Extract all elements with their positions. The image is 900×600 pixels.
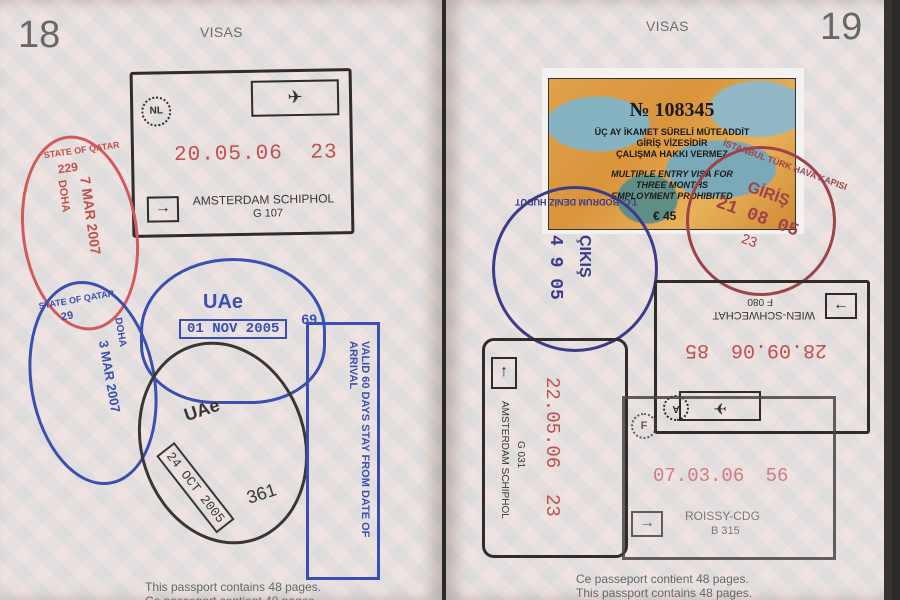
visa-price: € 45 [653,209,676,223]
stamp-city: DOHA [112,317,128,348]
arrow-right-icon: → [147,196,179,223]
uae-validity-stamp: VALID 60 DAYS STAY FROM DATE OF ARRIVAL [306,322,380,580]
stamp-id: 29 [60,310,74,324]
stamp-gate: B 315 [711,525,740,537]
stamp-ring-text: STATE OF QATAR [43,140,120,161]
bodrum-exit-stamp: T.C. BODRUM DENİZ HUDUT ÇIKIŞ 4 9 05 [492,186,658,352]
eu-stars-icon: F [631,413,657,439]
page-edge [884,0,892,600]
eu-stars-icon: NL [141,96,172,127]
page-number: 19 [820,6,862,49]
stamp-date: 20.05.06 [174,142,283,167]
stamp-date: 01 NOV 2005 [179,319,287,339]
stamp-date: 7 MAR 2007 [77,176,104,256]
stamp-label: ÇIKIŞ [575,235,593,278]
page-footer: Ce passeport contient 48 pages. This pas… [576,572,752,600]
stamp-gate: G 107 [253,207,283,220]
stamp-place: ROISSY-CDG [685,509,760,523]
stamp-gate: F 080 [747,296,773,307]
amsterdam-entry-stamp: NL ✈ 20.05.06 23 → AMSTERDAM SCHIPHOL G … [130,68,355,238]
stamp-id: 229 [57,160,79,177]
page-number: 18 [18,14,60,57]
stamp-date: 22.05.06 [541,377,563,468]
paris-entry-stamp: F 07.03.06 56 → ROISSY-CDG B 315 [622,396,836,560]
stamp-date: 28.09.06 [731,338,827,361]
stamp-place: AMSTERDAM SCHIPHOL [193,191,335,207]
stamp-date: 24 OCT 2005 [156,442,234,533]
stamp-number: 23 [739,230,759,250]
plane-icon: ✈ [251,79,340,117]
stamp-number: 56 [766,465,789,487]
passport-spread: 18 VISAS NL ✈ 20.05.06 23 → AMSTERDAM SC… [0,0,900,600]
stamp-gate: G 031 [515,441,526,468]
stamp-place: WIEN-SCHWECHAT [713,309,815,321]
arrow-left-icon: ← [825,293,857,319]
visa-number: № 108345 [549,99,795,122]
stamp-date: 3 MAR 2007 [96,339,123,413]
stamp-city: DOHA [56,179,72,213]
stamp-id: 361 [244,479,279,508]
page-heading: VISAS [200,24,243,40]
stamp-place: AMSTERDAM SCHIPHOL [499,401,510,519]
validity-text: VALID 60 DAYS STAY FROM DATE OF ARRIVAL [327,341,371,577]
page-heading: VISAS [646,18,689,34]
stamp-label: UAe [182,395,223,426]
passport-page-right: 19 VISAS № 108345 ÜÇ AY İKAMET SÜRELİ MÜ… [446,0,892,600]
stamp-label: UAe [203,291,243,314]
stamp-date: 4 9 05 [545,235,565,300]
stamp-number: 85 [685,338,709,361]
arrow-right-icon: → [631,511,663,537]
arrow-up-icon: ↑ [491,357,517,389]
stamp-date: 07.03.06 [653,465,744,487]
amsterdam-exit-stamp: ↑ AMSTERDAM SCHIPHOL G 031 22.05.06 23 [482,338,628,558]
page-footer: This passport contains 48 pages. Ce pass… [145,580,321,600]
stamp-number: 23 [541,494,563,517]
stamp-number: 23 [310,141,338,164]
stamp-ring-text: T.C. BODRUM DENİZ HUDUT [515,197,638,207]
passport-page-left: 18 VISAS NL ✈ 20.05.06 23 → AMSTERDAM SC… [0,0,442,600]
